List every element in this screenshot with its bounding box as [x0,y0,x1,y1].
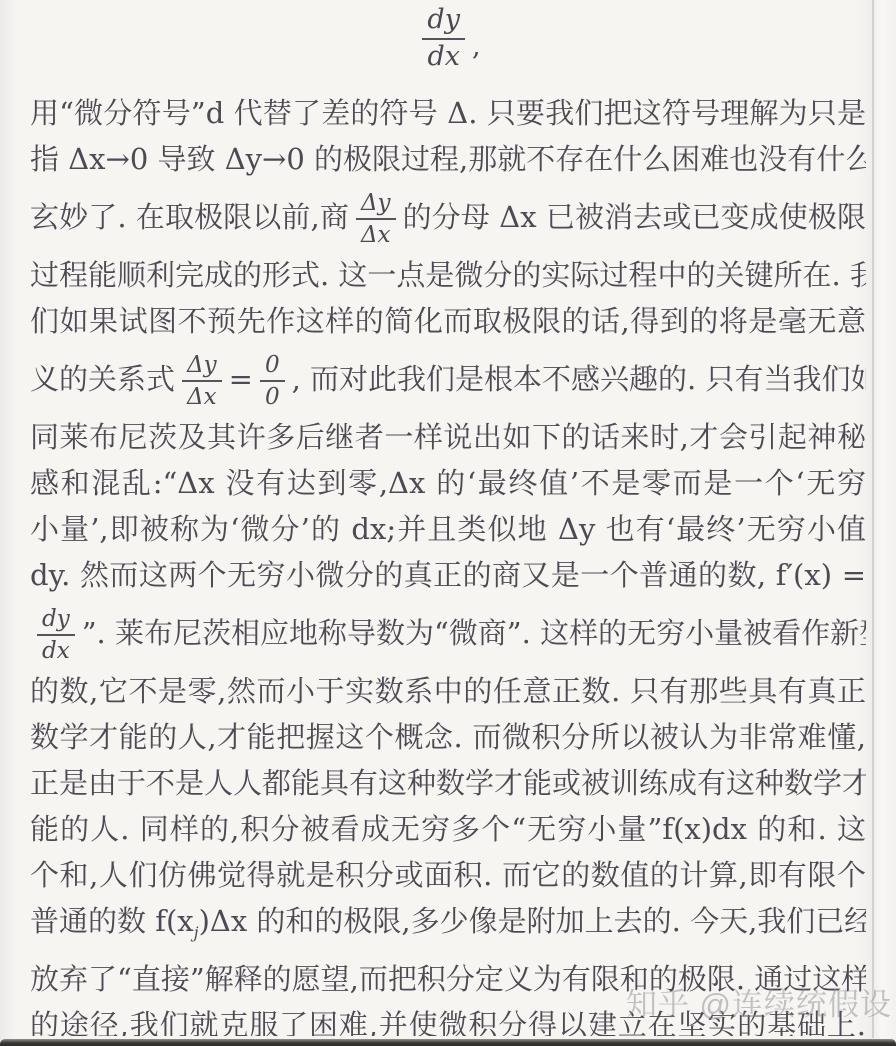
inline-fraction: ΔyΔx [356,189,396,249]
fraction-numerator: dy [422,4,465,40]
fraction-dy-dx: dy dx [422,4,465,74]
scan-bottom-edge [0,1039,896,1046]
formula-comma: , [472,31,481,72]
text-line: 能的人. 同样的,积分被看成无穷多个“无穷小量”f(x)dx 的和. 这 [30,806,866,852]
watermark: 知乎 @连续统假设 [626,979,892,1024]
text-run: 正是由于不是人人都能具有这种数学才能或被训练成有这种数学才 [30,766,866,800]
text-line: 过程能顺利完成的形式. 这一点是微分的实际过程中的关键所在. 我 [30,252,866,298]
text-line: 小量’,即被称为‘微分’的 dx;并且类似地 Δy 也有‘最终’无穷小值 [30,506,866,552]
text-run: 玄妙了. 在取极限以前,商 [30,200,349,234]
text-run: 的数,它不是零,然而小于实数系中的任意正数. 只有那些具有真正 [30,674,866,708]
page-edge-shadow [872,0,874,1038]
paragraph: 用“微分符号”d 代替了差的符号 Δ. 只要我们把这符号理解为只是指 Δx→0 … [30,90,866,1036]
inline-fraction: dydx [37,605,75,665]
text-run: 同莱布尼茨及其许多后继者一样说出如下的话来时,才会引起神秘 [30,420,866,454]
text-run: = [229,362,253,396]
text-line: 玄妙了. 在取极限以前,商ΔyΔx的分母 Δx 已被消去或已变成使极限 [30,182,866,252]
text-run: 数学才能的人,才能把握这个概念. 而微积分所以被认为非常难懂, [30,720,866,754]
text-run: 感和混乱:“Δx 没有达到零,Δx 的‘最终值’不是零而是一个‘无穷 [30,466,866,500]
text-run: ”. 莱布尼茨相应地称导数为“微商”. 这样的无穷小量被看作新型 [82,616,866,650]
text-line: 正是由于不是人人都能具有这种数学才能或被训练成有这种数学才 [30,760,866,806]
text-run: 指 Δx→0 导致 Δy→0 的极限过程,那就不存在什么困难也没有什么 [30,142,866,176]
text-run: 们如果试图不预先作这样的简化而取极限的话,得到的将是毫无意 [30,304,866,338]
display-formula: dy dx , [0,6,896,72]
scanned-page: dy dx , 用“微分符号”d 代替了差的符号 Δ. 只要我们把这符号理解为只… [0,0,896,1046]
text-line: dydx”. 莱布尼茨相应地称导数为“微商”. 这样的无穷小量被看作新型 [30,598,866,668]
text-line: 的数,它不是零,然而小于实数系中的任意正数. 只有那些具有真正 [30,668,866,714]
text-line: dy. 然而这两个无穷小微分的真正的商又是一个普通的数, f′(x) = [30,552,866,598]
text-line: 普通的数 f(xj)Δx 的和的极限,多少像是附加上去的. 今天,我们已经 [30,898,866,956]
text-run: 过程能顺利完成的形式. 这一点是微分的实际过程中的关键所在. 我 [30,258,866,292]
text-run: )Δx 的和的极限,多少像是附加上去的. 今天,我们已经 [199,904,866,938]
text-run: , 而对此我们是根本不感兴趣的. 只有当我们如 [292,362,866,396]
text-run: 普通的数 f(x [30,904,194,938]
fraction-denominator: dx [427,40,460,74]
text-line: 义的关系式ΔyΔx=00, 而对此我们是根本不感兴趣的. 只有当我们如 [30,344,866,414]
inline-fraction: ΔyΔx [182,351,222,411]
text-run: 的分母 Δx 已被消去或已变成使极限 [403,200,866,234]
text-line: 个和,人们仿佛觉得就是积分或面积. 而它的数值的计算,即有限个 [30,852,866,898]
text-line: 数学才能的人,才能把握这个概念. 而微积分所以被认为非常难懂, [30,714,866,760]
text-run: 用“微分符号”d 代替了差的符号 Δ. 只要我们把这符号理解为只是 [30,96,866,130]
text-run: 个和,人们仿佛觉得就是积分或面积. 而它的数值的计算,即有限个 [30,858,866,892]
text-run: 能的人. 同样的,积分被看成无穷多个“无穷小量”f(x)dx 的和. 这 [30,812,866,846]
text-run: dy. 然而这两个无穷小微分的真正的商又是一个普通的数, f′(x) = [30,558,866,592]
text-line: 同莱布尼茨及其许多后继者一样说出如下的话来时,才会引起神秘 [30,414,866,460]
text-run: 小量’,即被称为‘微分’的 dx;并且类似地 Δy 也有‘最终’无穷小值 [30,512,866,546]
text-line: 感和混乱:“Δx 没有达到零,Δx 的‘最终值’不是零而是一个‘无穷 [30,460,866,506]
text-line: 指 Δx→0 导致 Δy→0 的极限过程,那就不存在什么困难也没有什么 [30,136,866,182]
text-run: 义的关系式 [30,362,175,396]
inline-fraction: 00 [260,351,285,411]
text-line: 们如果试图不预先作这样的简化而取极限的话,得到的将是毫无意 [30,298,866,344]
text-line: 用“微分符号”d 代替了差的符号 Δ. 只要我们把这符号理解为只是 [30,90,866,136]
